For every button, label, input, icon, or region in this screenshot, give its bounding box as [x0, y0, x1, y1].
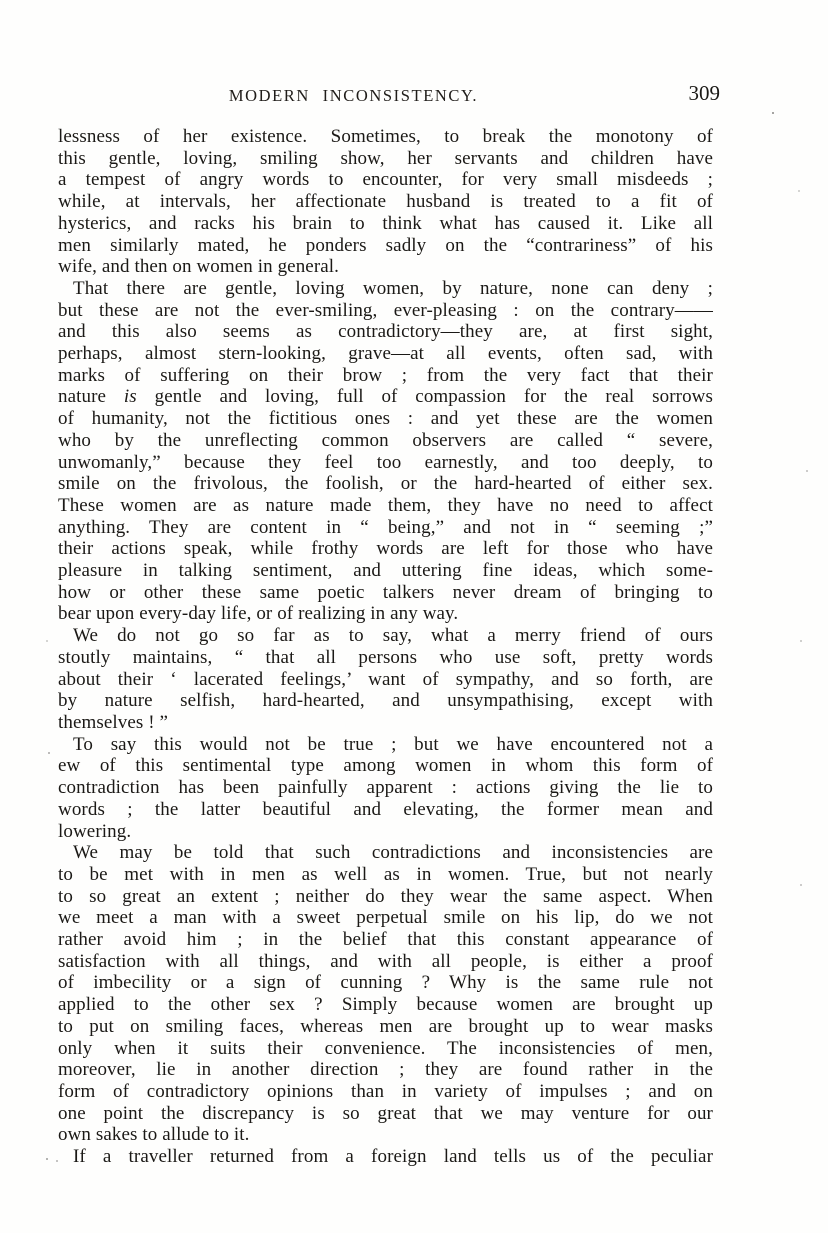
- text-line: of humanity, not the fictitious ones : a…: [58, 408, 713, 430]
- paragraph: We do not go so far as to say, what a me…: [58, 625, 713, 734]
- scanned-page: MODERN INCONSISTENCY. 309 lessness of he…: [0, 0, 828, 1233]
- text-line: lowering.: [58, 821, 713, 843]
- text-line: hysterics, and racks his brain to think …: [58, 213, 713, 235]
- text-line: We do not go so far as to say, what a me…: [58, 625, 713, 647]
- page-title: MODERN INCONSISTENCY.: [58, 86, 649, 106]
- text-line: smile on the frivolous, the foolish, or …: [58, 473, 713, 495]
- text-line: These women are as nature made them, the…: [58, 495, 713, 517]
- text-line: rather avoid him ; in the belief that th…: [58, 929, 713, 951]
- italic-word: is: [124, 386, 137, 407]
- paragraph: We may be told that such contradictions …: [58, 842, 713, 1146]
- text-line: own sakes to allude to it.: [58, 1124, 713, 1146]
- text-line: unwomanly,” because they feel too earnes…: [58, 452, 713, 474]
- text-line: men similarly mated, he ponders sadly on…: [58, 235, 713, 257]
- text-line: of imbecility or a sign of cunning ? Why…: [58, 972, 713, 994]
- text-line: moreover, lie in another direction ; the…: [58, 1059, 713, 1081]
- text-line: about their ‘ lacerated feelings,’ want …: [58, 669, 713, 691]
- text-line: satisfaction with all things, and with a…: [58, 951, 713, 973]
- text-line: to put on smiling faces, whereas men are…: [58, 1016, 713, 1038]
- text-segment: nature: [58, 386, 124, 407]
- page-number: 309: [689, 81, 721, 106]
- text-line: ew of this sentimental type among women …: [58, 755, 713, 777]
- paragraph: If a traveller returned from a foreign l…: [58, 1146, 713, 1168]
- text-line: bear upon every-day life, or of realizin…: [58, 603, 713, 625]
- text-line: lessness of her existence. Sometimes, to…: [58, 126, 713, 148]
- text-line: If a traveller returned from a foreign l…: [58, 1146, 713, 1168]
- text-line: by nature selfish, hard-hearted, and uns…: [58, 690, 713, 712]
- text-block: lessness of her existence. Sometimes, to…: [58, 126, 713, 1168]
- text-line: form of contradictory opinions than in v…: [58, 1081, 713, 1103]
- text-line: wife, and then on women in general.: [58, 256, 713, 278]
- paragraph: lessness of her existence. Sometimes, to…: [58, 126, 713, 278]
- text-line: their actions speak, while frothy words …: [58, 538, 713, 560]
- paragraph: That there are gentle, loving women, by …: [58, 278, 713, 625]
- text-line: a tempest of angry words to encounter, f…: [58, 169, 713, 191]
- text-line: We may be told that such contradictions …: [58, 842, 713, 864]
- text-line: who by the unreflecting common observers…: [58, 430, 713, 452]
- text-line: applied to the other sex ? Simply becaus…: [58, 994, 713, 1016]
- text-line: themselves ! ”: [58, 712, 713, 734]
- text-line: one point the discrepancy is so great th…: [58, 1103, 713, 1125]
- paragraph: To say this would not be true ; but we h…: [58, 734, 713, 843]
- running-header: MODERN INCONSISTENCY. 309: [58, 84, 713, 112]
- text-line: marks of suffering on their brow ; from …: [58, 365, 713, 387]
- text-line: this gentle, loving, smiling show, her s…: [58, 148, 713, 170]
- text-line: anything. They are content in “ being,” …: [58, 517, 713, 539]
- text-line: stoutly maintains, “ that all persons wh…: [58, 647, 713, 669]
- text-line: to so great an extent ; neither do they …: [58, 886, 713, 908]
- text-line: and this also seems as contradictory—the…: [58, 321, 713, 343]
- text-line: contradiction has been painfully apparen…: [58, 777, 713, 799]
- text-line: while, at intervals, her affectionate hu…: [58, 191, 713, 213]
- scan-speck-marks: [0, 0, 2, 2]
- text-line: we meet a man with a sweet perpetual smi…: [58, 907, 713, 929]
- text-line: nature is gentle and loving, full of com…: [58, 386, 713, 408]
- text-line: pleasure in talking sentiment, and utter…: [58, 560, 713, 582]
- text-line: how or other these same poetic talkers n…: [58, 582, 713, 604]
- text-line: but these are not the ever-smiling, ever…: [58, 300, 713, 322]
- text-segment: gentle and loving, full of compassion fo…: [137, 386, 713, 407]
- text-line: only when it suits their convenience. Th…: [58, 1038, 713, 1060]
- text-line: to be met with in men as well as in wome…: [58, 864, 713, 886]
- text-line: words ; the latter beautiful and elevati…: [58, 799, 713, 821]
- text-line: To say this would not be true ; but we h…: [58, 734, 713, 756]
- text-line: That there are gentle, loving women, by …: [58, 278, 713, 300]
- text-line: perhaps, almost stern-looking, grave—at …: [58, 343, 713, 365]
